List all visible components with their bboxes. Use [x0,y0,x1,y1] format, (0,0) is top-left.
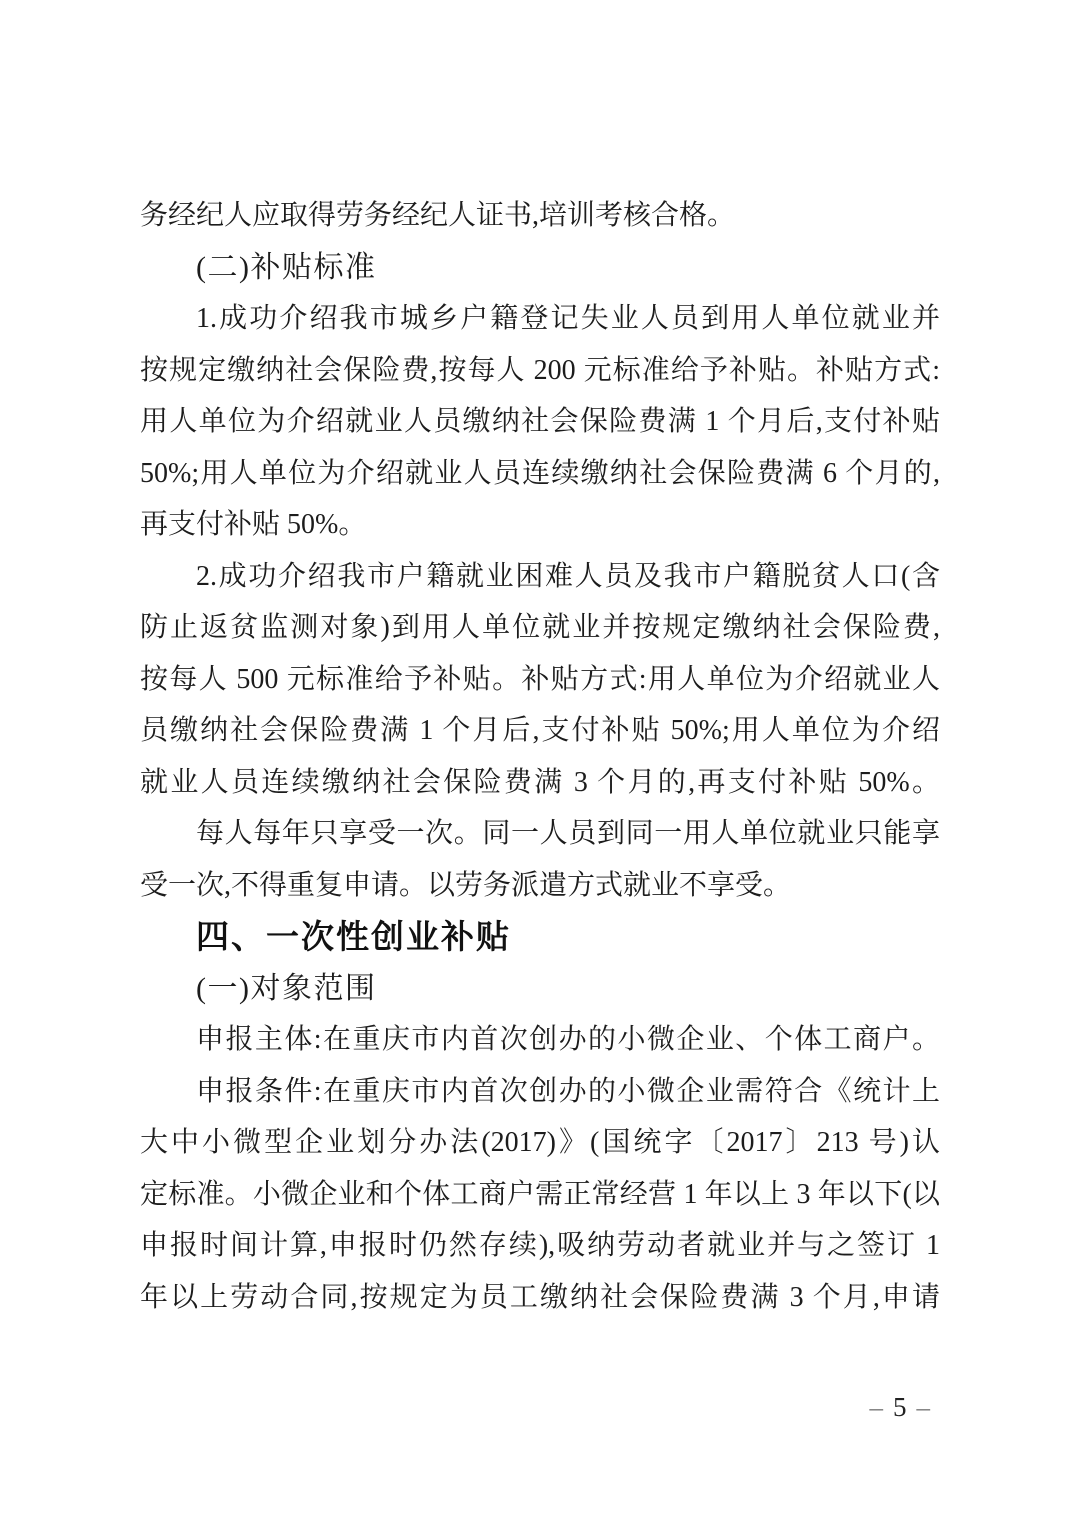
body-text-line: 员缴纳社会保险费满 1 个月后,支付补贴 50%;用人单位为介绍 [140,705,940,757]
body-text-line: 再支付补贴 50%。 [140,499,940,551]
body-text-line: 就业人员连续缴纳社会保险费满 3 个月的,再支付补贴 50%。 [140,757,940,809]
body-text-line: 防止返贫监测对象)到用人单位就业并按规定缴纳社会保险费, [140,602,940,654]
subsection-heading: (二)补贴标准 [140,242,940,294]
page-number: –5– [0,1392,940,1423]
body-text-line: 务经纪人应取得劳务经纪人证书,培训考核合格。 [140,190,940,242]
subsection-heading: (一)对象范围 [140,963,940,1015]
body-text-line: 1.成功介绍我市城乡户籍登记失业人员到用人单位就业并 [140,293,940,345]
section-heading: 四、一次性创业补贴 [140,911,940,963]
body-text-line: 50%;用人单位为介绍就业人员连续缴纳社会保险费满 6 个月的, [140,448,940,500]
page-number-value: 5 [893,1392,907,1423]
body-text-line: 年以上劳动合同,按规定为员工缴纳社会保险费满 3 个月,申请 [140,1272,940,1324]
body-text-line: 2.成功介绍我市户籍就业困难人员及我市户籍脱贫人口(含 [140,551,940,603]
page-number-dash-left: – [870,1392,884,1423]
body-text-line: 受一次,不得重复申请。以劳务派遣方式就业不享受。 [140,860,940,912]
body-text-line: 定标准。小微企业和个体工商户需正常经营 1 年以上 3 年以下(以 [140,1169,940,1221]
body-text-line: 每人每年只享受一次。同一人员到同一用人单位就业只能享 [140,808,940,860]
page-number-dash-right: – [917,1392,931,1423]
document-page: { "colors": { "page_background": "#fffff… [0,0,1074,1520]
body-text-line: 大中小微型企业划分办法(2017)》(国统字〔2017〕213 号)认 [140,1117,940,1169]
text-block: 务经纪人应取得劳务经纪人证书,培训考核合格。 (二)补贴标准 1.成功介绍我市城… [140,190,940,1323]
body-text-line: 按每人 500 元标准给予补贴。补贴方式:用人单位为介绍就业人 [140,654,940,706]
body-text-line: 申报条件:在重庆市内首次创办的小微企业需符合《统计上 [140,1066,940,1118]
body-text-line: 申报时间计算,申报时仍然存续),吸纳劳动者就业并与之签订 1 [140,1220,940,1272]
body-text-line: 申报主体:在重庆市内首次创办的小微企业、个体工商户。 [140,1014,940,1066]
body-text-line: 用人单位为介绍就业人员缴纳社会保险费满 1 个月后,支付补贴 [140,396,940,448]
body-text-line: 按规定缴纳社会保险费,按每人 200 元标准给予补贴。补贴方式: [140,345,940,397]
